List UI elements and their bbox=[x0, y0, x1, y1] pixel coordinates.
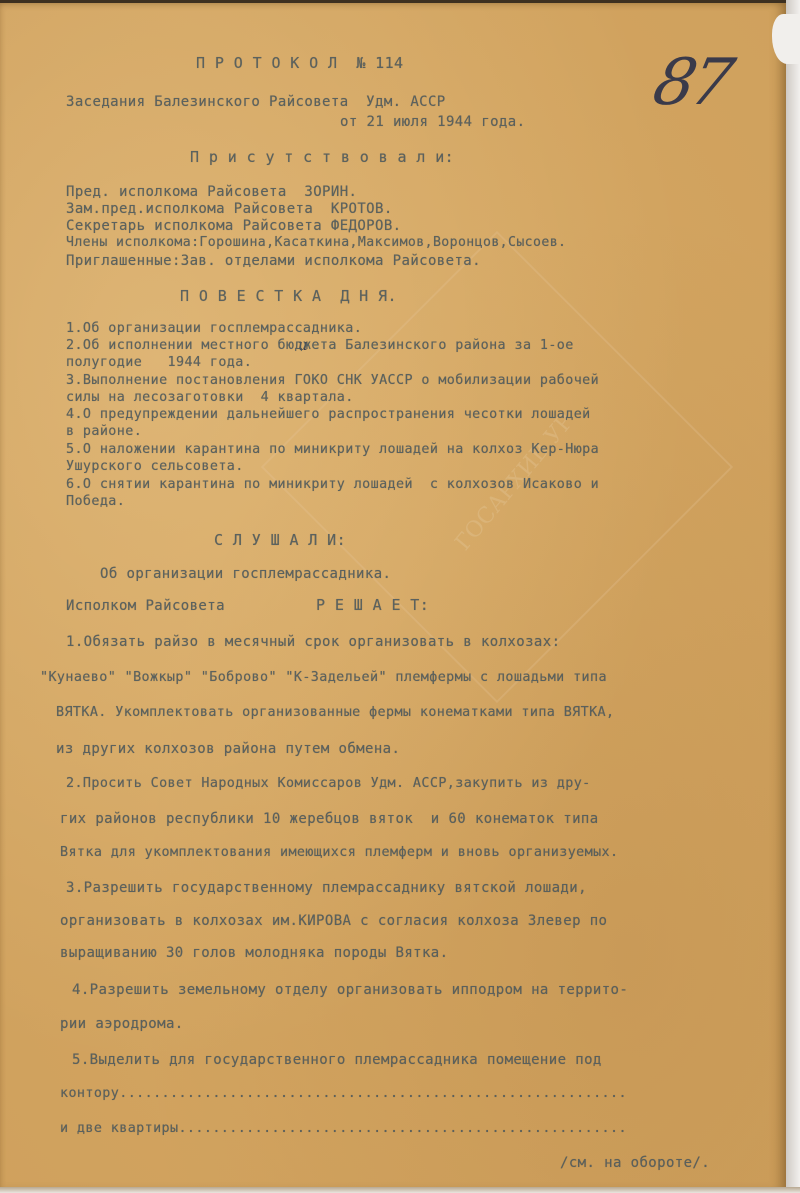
heard-heading: С Л У Ш А Л И: bbox=[214, 531, 346, 549]
agenda-item: 2.Об исполнении местного бюджета Балезин… bbox=[66, 338, 574, 353]
agenda-item: 4.О предупреждении дальнейшего распростр… bbox=[66, 407, 591, 422]
decision-verb: Р Е Ш А Е Т: bbox=[316, 596, 429, 614]
agenda-heading: П О В Е С Т К А Д Н Я. bbox=[180, 287, 397, 305]
attendee-line: Приглашенные:Зав. отделами исполкома Рай… bbox=[66, 253, 481, 269]
torn-corner bbox=[772, 14, 800, 64]
agenda-item: 3.Выполнение постановления ГОКО СНК УАСС… bbox=[66, 373, 599, 388]
agenda-item: полугодие 1944 года. bbox=[66, 355, 252, 370]
page-bottom-edge bbox=[0, 1187, 800, 1193]
agenda-item: 1.Об организации госплемрассадника. bbox=[66, 321, 362, 336]
attendees-heading: П р и с у т с т в о в а л и: bbox=[190, 148, 454, 166]
attendee-line: Члены исполкома:Горошина,Касаткина,Макси… bbox=[66, 235, 566, 250]
heard-topic: Об организации госплемрассадника. bbox=[100, 566, 391, 582]
decision-item: "Кунаево" "Вожкыр" "Боброво" "К-Задельей… bbox=[40, 670, 607, 685]
decision-item: Вятка для укомплектования имеющихся плем… bbox=[60, 845, 618, 860]
document-date: от 21 июля 1944 года. bbox=[340, 114, 525, 130]
continued-overleaf-note: /см. на обороте/. bbox=[560, 1155, 710, 1171]
attendee-line: Секретарь исполкома Райсовета ФЕДОРОВ. bbox=[66, 218, 402, 234]
decision-item: 4.Разрешить земельному отделу организова… bbox=[72, 982, 628, 998]
decision-item: и две квартиры..........................… bbox=[60, 1121, 627, 1136]
document-subtitle: Заседания Балезинского Райсовета Удм. АС… bbox=[66, 94, 446, 110]
agenda-item: 6.О снятии карантина по миникриту лошаде… bbox=[66, 477, 599, 492]
decision-item: рии аэродрома. bbox=[60, 1016, 184, 1032]
decision-item: из других колхозов района путем обмена. bbox=[56, 741, 400, 757]
decision-item: ВЯТКА. Укомплектовать организованные фер… bbox=[56, 705, 614, 720]
decision-item: 1.Обязать райзо в месячный срок организо… bbox=[66, 634, 560, 650]
attendee-line: Зам.пред.исполкома Райсовета КРОТОВ. bbox=[66, 201, 393, 217]
decision-item: организовать в колхозах им.КИРОВА с согл… bbox=[60, 913, 607, 929]
agenda-item: в районе. bbox=[66, 424, 142, 439]
agenda-item: Победа. bbox=[66, 494, 125, 509]
page-top-edge bbox=[0, 0, 786, 3]
archive-page-number: 87 bbox=[647, 46, 736, 120]
agenda-item: Ушурского сельсовета. bbox=[66, 459, 244, 474]
decision-item: контору.................................… bbox=[60, 1086, 627, 1101]
agenda-item: 5.О наложении карантина по миникриту лош… bbox=[66, 442, 599, 457]
decision-item: 3.Разрешить государственному племрассадн… bbox=[66, 880, 587, 896]
decision-item: гих районов республики 10 жеребцов вяток… bbox=[60, 811, 599, 827]
document-title: П Р О Т О К О Л № 114 bbox=[196, 54, 403, 72]
decision-item: 2.Просить Совет Народных Комиссаров Удм.… bbox=[66, 776, 591, 791]
scan-background bbox=[786, 0, 800, 1193]
decision-item: выращиванию 30 голов молодняка породы Вя… bbox=[60, 945, 448, 961]
attendee-line: Пред. исполкома Райсовета ЗОРИН. bbox=[66, 184, 357, 200]
decision-item: 5.Выделить для государственного племрасс… bbox=[72, 1052, 602, 1068]
decision-intro: Исполком Райсовета bbox=[66, 598, 225, 614]
agenda-item: силы на лесозаготовки 4 квартала. bbox=[66, 390, 354, 405]
